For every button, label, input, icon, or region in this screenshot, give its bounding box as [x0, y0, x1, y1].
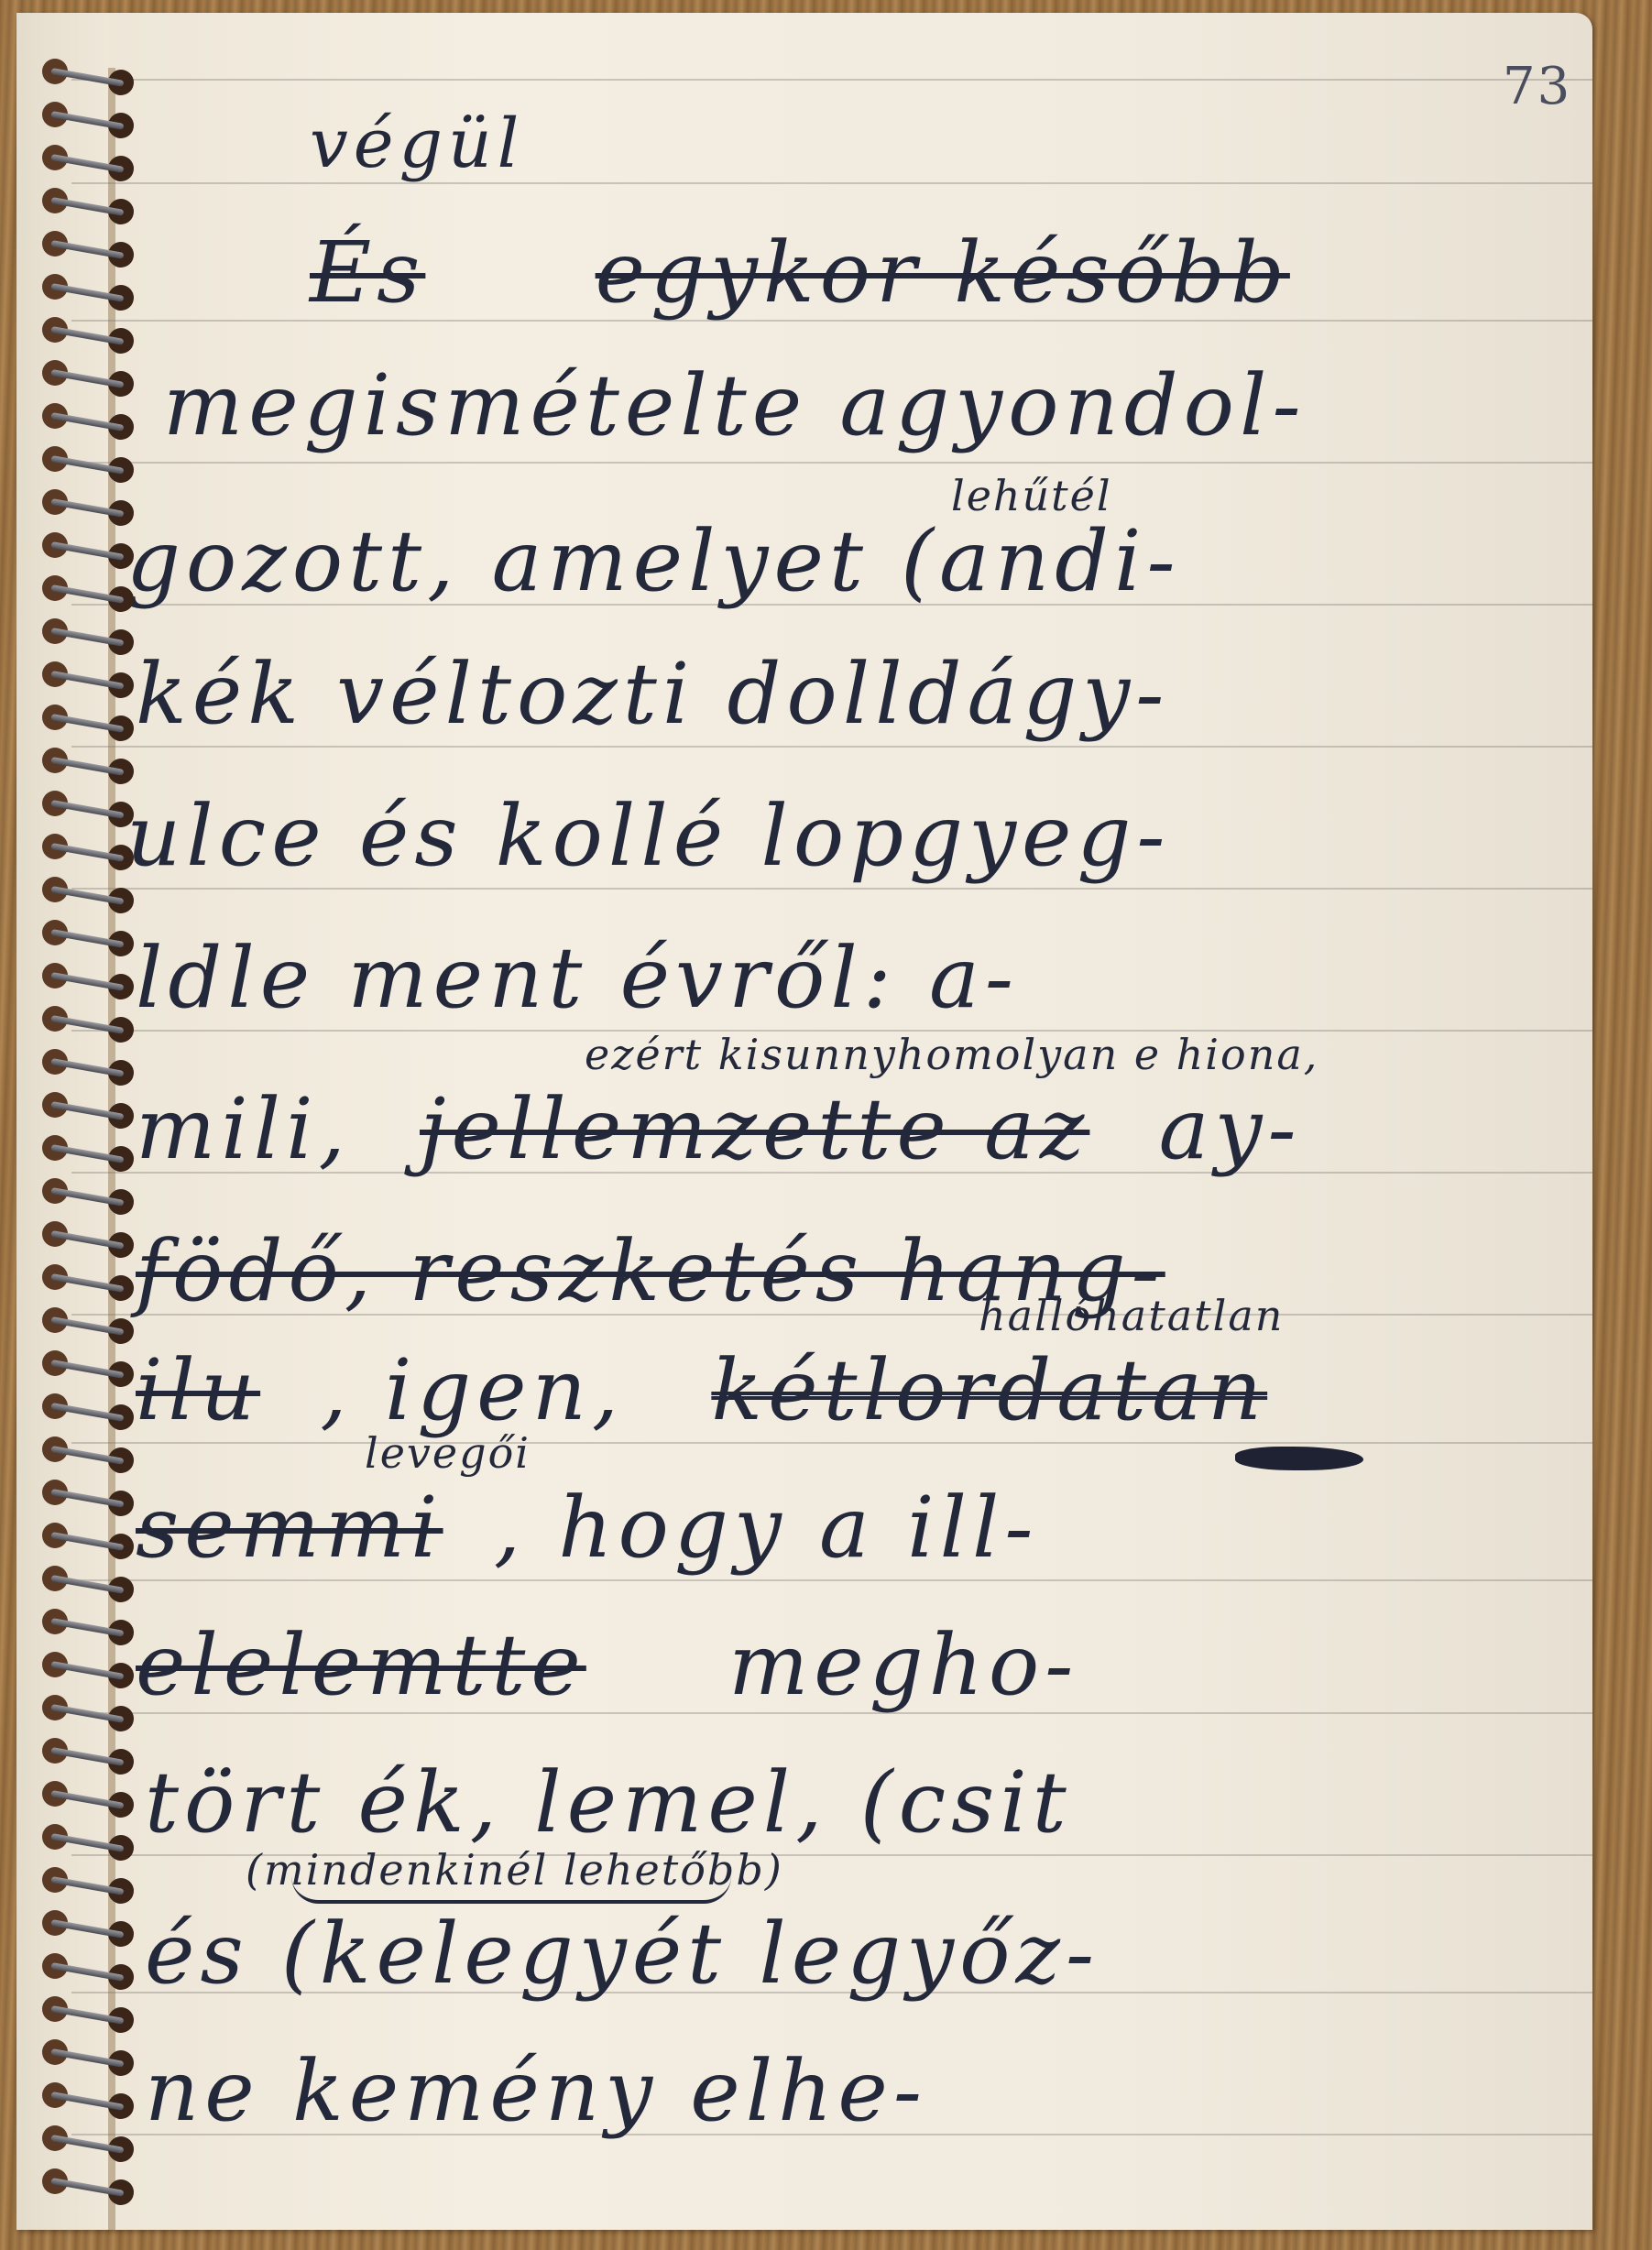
coil: [37, 1218, 137, 1254]
coil: [37, 1691, 137, 1728]
coil: [37, 1304, 137, 1340]
struck-word: ilu: [136, 1341, 260, 1439]
coil: [37, 1863, 137, 1900]
struck-word: kétlordatan: [711, 1341, 1267, 1439]
line-5: ulce és kollé lopgyeg-: [126, 787, 1170, 885]
coil: [37, 873, 137, 910]
line-13: és (kelegyét legyőz-: [145, 1905, 1100, 2003]
coil: [37, 1605, 137, 1642]
struck-word: semmi: [136, 1479, 443, 1577]
word: mili,: [136, 1080, 351, 1178]
coil: [37, 1045, 137, 1082]
coil: [37, 830, 137, 867]
insert-above-line-9: hallóhatatlan: [979, 1291, 1284, 1340]
coil: [37, 1433, 137, 1469]
coil: [37, 787, 137, 824]
insertion-bracket: [291, 1863, 731, 1904]
coil: [37, 1993, 137, 2029]
coil: [37, 313, 137, 350]
struck-word: elelemtte: [136, 1616, 586, 1714]
coil: [37, 2122, 137, 2158]
spiral-binding: [37, 55, 147, 2226]
line-6: ldle ment évről: a-: [136, 929, 1019, 1027]
heading-insert: végül: [310, 104, 524, 183]
coil: [37, 615, 137, 651]
struck-word: És: [310, 224, 425, 322]
coil: [37, 1777, 137, 1814]
coil: [37, 486, 137, 522]
coil: [37, 141, 137, 178]
word: ay-: [1159, 1080, 1302, 1178]
notebook-page: 73 végül És egykor később megismételte a…: [16, 13, 1592, 2230]
struck-phrase: egykor később: [596, 224, 1290, 322]
insert-above-line-10: levegői: [365, 1428, 531, 1478]
coil: [37, 55, 137, 92]
coil: [37, 572, 137, 608]
coil: [37, 2036, 137, 2072]
coil: [37, 959, 137, 996]
ruled-line: [71, 182, 1592, 184]
coil: [37, 270, 137, 307]
coil: [37, 658, 137, 694]
coil: [37, 1950, 137, 1986]
coil: [37, 1174, 137, 1211]
ink-blot: [1235, 1447, 1363, 1470]
coil: [37, 356, 137, 393]
word: , igen,: [320, 1341, 624, 1439]
coil: [37, 701, 137, 737]
coil: [37, 399, 137, 436]
line-2: megismételte agyondol-: [163, 356, 1307, 454]
coil: [37, 1002, 137, 1039]
ruled-line: [71, 1442, 1592, 1444]
line-9: ilu , igen, kétlordatan: [136, 1341, 1267, 1439]
coil: [37, 184, 137, 221]
page-number: 73: [1503, 57, 1571, 116]
struck-phrase: jellemzette az: [420, 1080, 1089, 1178]
line-3: gozott, amelyet (andi-: [126, 512, 1181, 610]
coil: [37, 1519, 137, 1556]
coil: [37, 1820, 137, 1857]
coil: [37, 1390, 137, 1426]
coil: [37, 98, 137, 135]
line-10: semmi , hogy a ill-: [136, 1479, 1039, 1577]
phrase: , hogy a ill-: [494, 1479, 1039, 1577]
coil: [37, 529, 137, 565]
line-12: tört ék, lemel, (csit: [145, 1753, 1072, 1851]
coil: [37, 744, 137, 781]
insert-above-line-7: ezért kisunnyhomolyan e hiona,: [585, 1030, 1318, 1079]
line-1: És egykor később: [310, 224, 1290, 322]
line-7: mili, jellemzette az ay-: [136, 1080, 1302, 1178]
coil: [37, 1347, 137, 1383]
coil: [37, 916, 137, 953]
coil: [37, 1906, 137, 1943]
coil: [37, 1562, 137, 1599]
ruled-line: [71, 746, 1592, 748]
coil: [37, 442, 137, 479]
coil: [37, 1648, 137, 1685]
coil: [37, 1131, 137, 1168]
coil: [37, 1734, 137, 1771]
word: megho-: [728, 1616, 1078, 1714]
coil: [37, 1261, 137, 1297]
line-11: elelemtte megho-: [136, 1616, 1078, 1714]
ruled-line: [71, 888, 1592, 890]
line-14: ne kemény elhe-: [145, 2042, 927, 2140]
coil: [37, 227, 137, 264]
ruled-line: [71, 1579, 1592, 1581]
ruled-line: [71, 462, 1592, 464]
ruled-line: [71, 79, 1592, 81]
coil: [37, 2165, 137, 2201]
coil: [37, 2079, 137, 2115]
line-4: kék véltozti dolldágy-: [136, 645, 1169, 743]
coil: [37, 1476, 137, 1513]
coil: [37, 1088, 137, 1125]
